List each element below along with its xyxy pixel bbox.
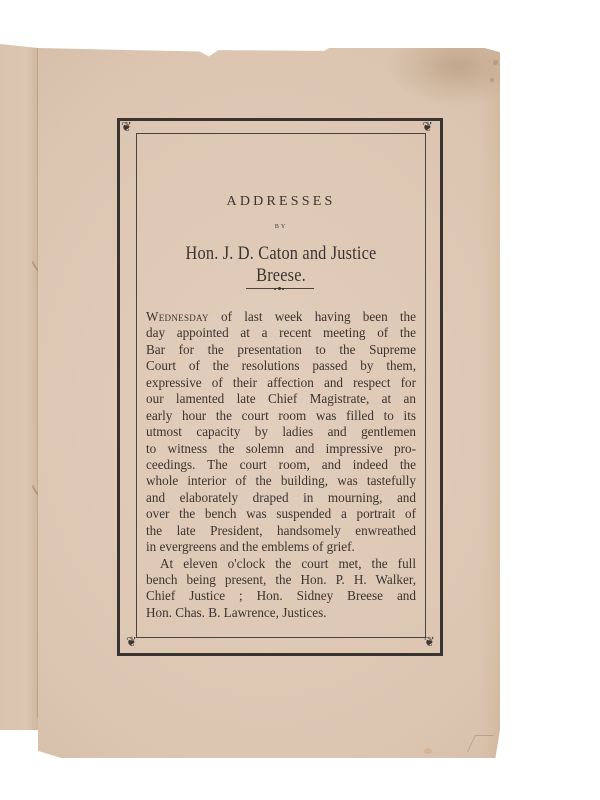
divider-ornament-icon <box>274 286 284 291</box>
body-line: day appointed at a recent meeting of the <box>146 325 416 341</box>
body-line: whole interior of the building, was tast… <box>146 473 416 489</box>
body-line: bench being present, the Hon. P. H. Walk… <box>146 572 416 588</box>
body-line: ceedings. The court room, and indeed the <box>146 457 416 473</box>
foxing-spot <box>493 60 498 65</box>
heading-addresses: Addresses <box>146 194 416 210</box>
body-line: early hour the court room was filled to … <box>146 408 416 424</box>
body-line: over the bench was suspended a portrait … <box>146 506 416 522</box>
page-edge-shading <box>480 48 500 758</box>
photo-stage: ❦ ❦ ❦ ❦ Addresses BY Hon. J. D. Caton an… <box>0 0 600 800</box>
body-line: expressive of their affection and respec… <box>146 375 416 391</box>
body-line: Bar for the presentation to the Supreme <box>146 342 416 358</box>
body-line: Hon. Chas. B. Lawrence, Justices. <box>146 605 416 621</box>
body-line-text: of last week having been the <box>209 309 416 324</box>
body-line: our lamented late Chief Magistrate, at a… <box>146 391 416 407</box>
corner-ornament-icon: ❦ <box>125 636 138 649</box>
body-line: Wednesday of last week having been the <box>146 309 416 325</box>
body-line: At eleven o'clock the court met, the ful… <box>146 556 416 572</box>
corner-ornament-icon: ❦ <box>423 636 436 649</box>
body-line: utmost capacity by ladies and gentlemen <box>146 424 416 440</box>
previous-page-edge <box>0 44 38 730</box>
foxing-spot <box>424 748 432 754</box>
body-line: to witness the solemn and impressive pro… <box>146 441 416 457</box>
lead-word: Wednesday <box>146 309 209 324</box>
foxing-spot <box>490 78 494 82</box>
corner-ornament-icon: ❦ <box>120 121 133 134</box>
body-line: Chief Justice ; Hon. Sidney Breese and <box>146 588 416 604</box>
body-line: Court of the resolutions passed by them, <box>146 358 416 374</box>
body-line: in evergreens and the emblems of grief. <box>146 539 416 555</box>
heading-by: BY <box>146 224 416 230</box>
document-title: Hon. J. D. Caton and Justice Breese. <box>160 243 403 287</box>
body-line: the late President, handsomely enwreathe… <box>146 523 416 539</box>
body-line: and elaborately draped in mourning, and <box>146 490 416 506</box>
body-text: Wednesday of last week having been the d… <box>146 309 416 621</box>
corner-ornament-icon: ❦ <box>421 121 434 134</box>
